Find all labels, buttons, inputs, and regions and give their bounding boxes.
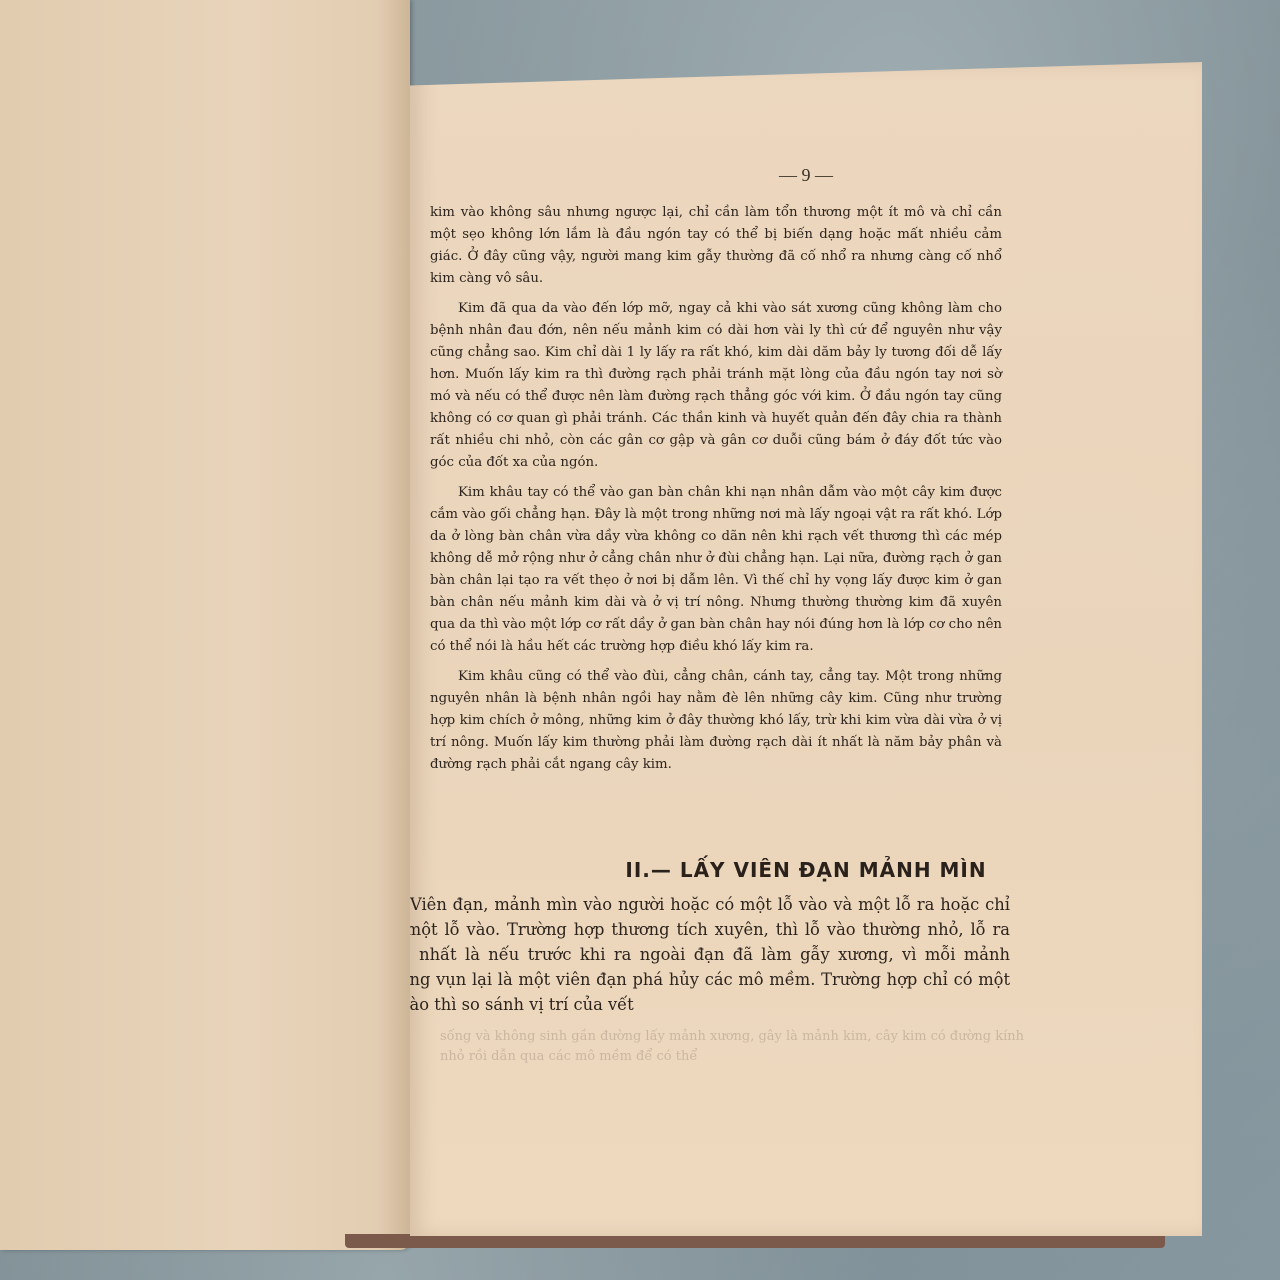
section-heading: II.— LẤY VIÊN ĐẠN MẢNH MÌN [410, 858, 1202, 882]
paragraph-sole-of-foot: Kim khâu tay có thể vào gan bàn chân khi… [430, 482, 1002, 658]
bleed-through-text: sống và không sinh gần đường lấy mảnh xư… [440, 1027, 1040, 1067]
page-number: — 9 — [410, 165, 1202, 186]
right-page: — 9 — kim vào không sâu nhưng ngược lại,… [410, 62, 1202, 1236]
paragraph-continued: kim vào không sâu nhưng ngược lại, chỉ c… [430, 202, 1002, 290]
book-bottom-edge [345, 1234, 1165, 1248]
paragraph-fat-layer: Kim đã qua da vào đến lớp mỡ, ngay cả kh… [430, 298, 1002, 474]
body-text-small: kim vào không sâu nhưng ngược lại, chỉ c… [430, 202, 1002, 784]
paragraph-limbs: Kim khâu cũng có thể vào đùi, cẳng chân,… [430, 666, 1002, 776]
body-text-large: Viên đạn, mảnh mìn vào người hoặc có một… [380, 892, 1010, 1017]
page-content: — 9 — kim vào không sâu nhưng ngược lại,… [410, 62, 1202, 1236]
left-page-blank [0, 0, 410, 1250]
paragraph-bullets-shrapnel: Viên đạn, mảnh mìn vào người hoặc có một… [380, 892, 1010, 1017]
